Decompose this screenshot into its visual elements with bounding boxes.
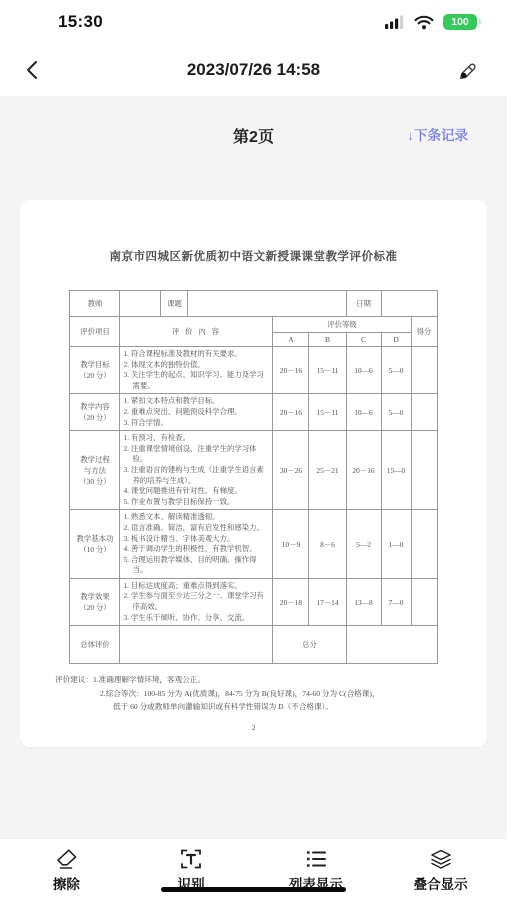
recognize-icon: [179, 848, 203, 870]
grade-cell: 20－16: [273, 347, 309, 394]
topic-label-cell: 课题: [161, 291, 188, 317]
item-cell: 教学内容 （20 分）: [70, 394, 120, 431]
th-evaluation-item: 评价项目: [70, 317, 120, 347]
content-cell: 1. 有预习、有检查。2. 注重课堂情境创设、注重学生的学习体验。3. 注重语言…: [120, 431, 273, 510]
grade-cell: 30－26: [273, 431, 309, 510]
note-line: 2.综合等次：100-85 分为 A(优质课)，84-75 分为 B(良好课)，…: [55, 687, 455, 701]
grade-cell: 15—0: [381, 431, 411, 510]
table-row-overall: 总体评价 总分: [70, 626, 437, 664]
grade-cell: 20－18: [273, 578, 309, 625]
grade-cell: 5—0: [381, 394, 411, 431]
table-row-goals: 教学目标 （20 分） 1. 符合课程标准及教材的有关要求。2. 体现文本的独特…: [70, 347, 437, 394]
th-grade-group: 评价等级: [273, 317, 411, 333]
grade-cell: 5—0: [381, 347, 411, 394]
grade-cell: 10－9: [273, 510, 309, 579]
grade-cell: 13—8: [346, 578, 381, 625]
content-cell: 1. 紧扣文本特点和教学目标。2. 重难点突出、问题预设科学合理。3. 符合学情…: [120, 394, 273, 431]
total-label-cell: 总分: [273, 626, 346, 664]
wifi-icon: [414, 15, 434, 30]
th-grade-d: D: [381, 333, 411, 347]
grade-cell: 7—0: [381, 578, 411, 625]
page-number-label: 第2页: [233, 124, 274, 147]
table-row-process: 教学过程 与方法 （30 分） 1. 有预习、有检查。2. 注重课堂情境创设、注…: [70, 431, 437, 510]
evaluation-notes: 评价建议：1.准确理解学情环境，客观公正。 2.综合等次：100-85 分为 A…: [55, 673, 455, 714]
grade-cell: 10—6: [346, 347, 381, 394]
page-header: 第2页 ↓下条记录: [0, 120, 507, 150]
back-button[interactable]: [20, 58, 44, 82]
overall-label-cell: 总体评价: [70, 626, 120, 664]
home-indicator: [161, 887, 346, 892]
table-row-content: 教学内容 （20 分） 1. 紧扣文本特点和教学目标。2. 重难点突出、问题预设…: [70, 394, 437, 431]
record-datetime-title: 2023/07/26 14:58: [187, 60, 320, 80]
status-bar: 15:30 100: [0, 0, 507, 44]
nav-bar: 2023/07/26 14:58: [0, 44, 507, 96]
clock-text: 15:30: [58, 12, 103, 32]
battery-percent-text: 100: [451, 16, 469, 28]
grade-cell: 15－11: [309, 347, 346, 394]
th-score: 得分: [411, 317, 437, 347]
note-line: 评价建议：1.准确理解学情环境，客观公正。: [55, 673, 455, 687]
total-value-cell: [346, 626, 437, 664]
grade-cell: 8－6: [309, 510, 346, 579]
grade-cell: 15－11: [309, 394, 346, 431]
grade-cell: 1—0: [381, 510, 411, 579]
edit-button[interactable]: [453, 56, 481, 84]
document-card: 南京市四城区新优质初中语文新授课课堂教学评价标准 教师 课题 日期 评价项目 评…: [20, 200, 487, 747]
grade-cell: 20－16: [273, 394, 309, 431]
table-row-skills: 教学基本功 （10 分） 1. 熟悉文本、解读精准透彻。2. 语言准确、简洁，富…: [70, 510, 437, 579]
grade-cell: 20－16: [346, 431, 381, 510]
status-icons: 100: [385, 14, 477, 30]
item-cell: 教学目标 （20 分）: [70, 347, 120, 394]
document-title: 南京市四城区新优质初中语文新授课课堂教学评价标准: [20, 248, 487, 264]
th-grade-b: B: [309, 333, 346, 347]
overall-value-cell: [120, 626, 273, 664]
th-evaluation-content: 评 价 内 容: [120, 317, 273, 347]
document-page-number: 2: [20, 723, 487, 732]
th-grade-c: C: [346, 333, 381, 347]
table-row-results: 教学效果 （20 分） 1. 目标达成度高；重难点得到落实。2. 学生参与面至少…: [70, 578, 437, 625]
score-cell: [411, 431, 437, 510]
toolbar-item-list-view[interactable]: 列表显示: [281, 846, 351, 893]
item-cell: 教学过程 与方法 （30 分）: [70, 431, 120, 510]
date-label-cell: 日期: [346, 291, 381, 317]
grade-cell: 25－21: [309, 431, 346, 510]
item-cell: 教学基本功 （10 分）: [70, 510, 120, 579]
topic-value-cell: [188, 291, 346, 317]
layers-icon: [429, 848, 453, 870]
grade-cell: 5—2: [346, 510, 381, 579]
evaluation-table: 教师 课题 日期 评价项目 评 价 内 容 评价等级 得分 A B C D 教学…: [69, 290, 437, 664]
teacher-value-cell: [120, 291, 161, 317]
date-value-cell: [381, 291, 437, 317]
item-cell: 教学效果 （20 分）: [70, 578, 120, 625]
table-header-row: 评价项目 评 价 内 容 评价等级 得分: [70, 317, 437, 333]
score-cell: [411, 394, 437, 431]
th-grade-a: A: [273, 333, 309, 347]
eraser-icon: [54, 848, 78, 870]
toolbar-label: 叠合显示: [414, 873, 468, 893]
toolbar-item-erase[interactable]: 擦除: [31, 846, 101, 893]
note-line: 低于 60 分或教师单向灌输知识或有科学性错误为 D（不合格课）。: [55, 700, 455, 714]
score-cell: [411, 578, 437, 625]
pen-icon: [454, 57, 480, 83]
chevron-left-icon: [26, 60, 38, 80]
table-info-row: 教师 课题 日期: [70, 291, 437, 317]
toolbar-label: 擦除: [53, 873, 80, 893]
toolbar-item-recognize[interactable]: 识别: [156, 846, 226, 893]
list-icon: [304, 848, 328, 870]
content-cell: 1. 熟悉文本、解读精准透彻。2. 语言准确、简洁，富有启发性和感染力。3. 板…: [120, 510, 273, 579]
grade-cell: 17－14: [309, 578, 346, 625]
next-record-link[interactable]: ↓下条记录: [407, 124, 468, 144]
content-cell: 1. 目标达成度高；重难点得到落实。2. 学生参与面至少达三分之一、课堂学习有序…: [120, 578, 273, 625]
battery-indicator: 100: [443, 14, 477, 30]
score-cell: [411, 510, 437, 579]
cellular-signal-icon: [385, 15, 405, 29]
toolbar-item-overlay-view[interactable]: 叠合显示: [406, 846, 476, 893]
score-cell: [411, 347, 437, 394]
content-cell: 1. 符合课程标准及教材的有关要求。2. 体现文本的独特价值。3. 关注学生的起…: [120, 347, 273, 394]
teacher-label-cell: 教师: [70, 291, 120, 317]
grade-cell: 10—6: [346, 394, 381, 431]
